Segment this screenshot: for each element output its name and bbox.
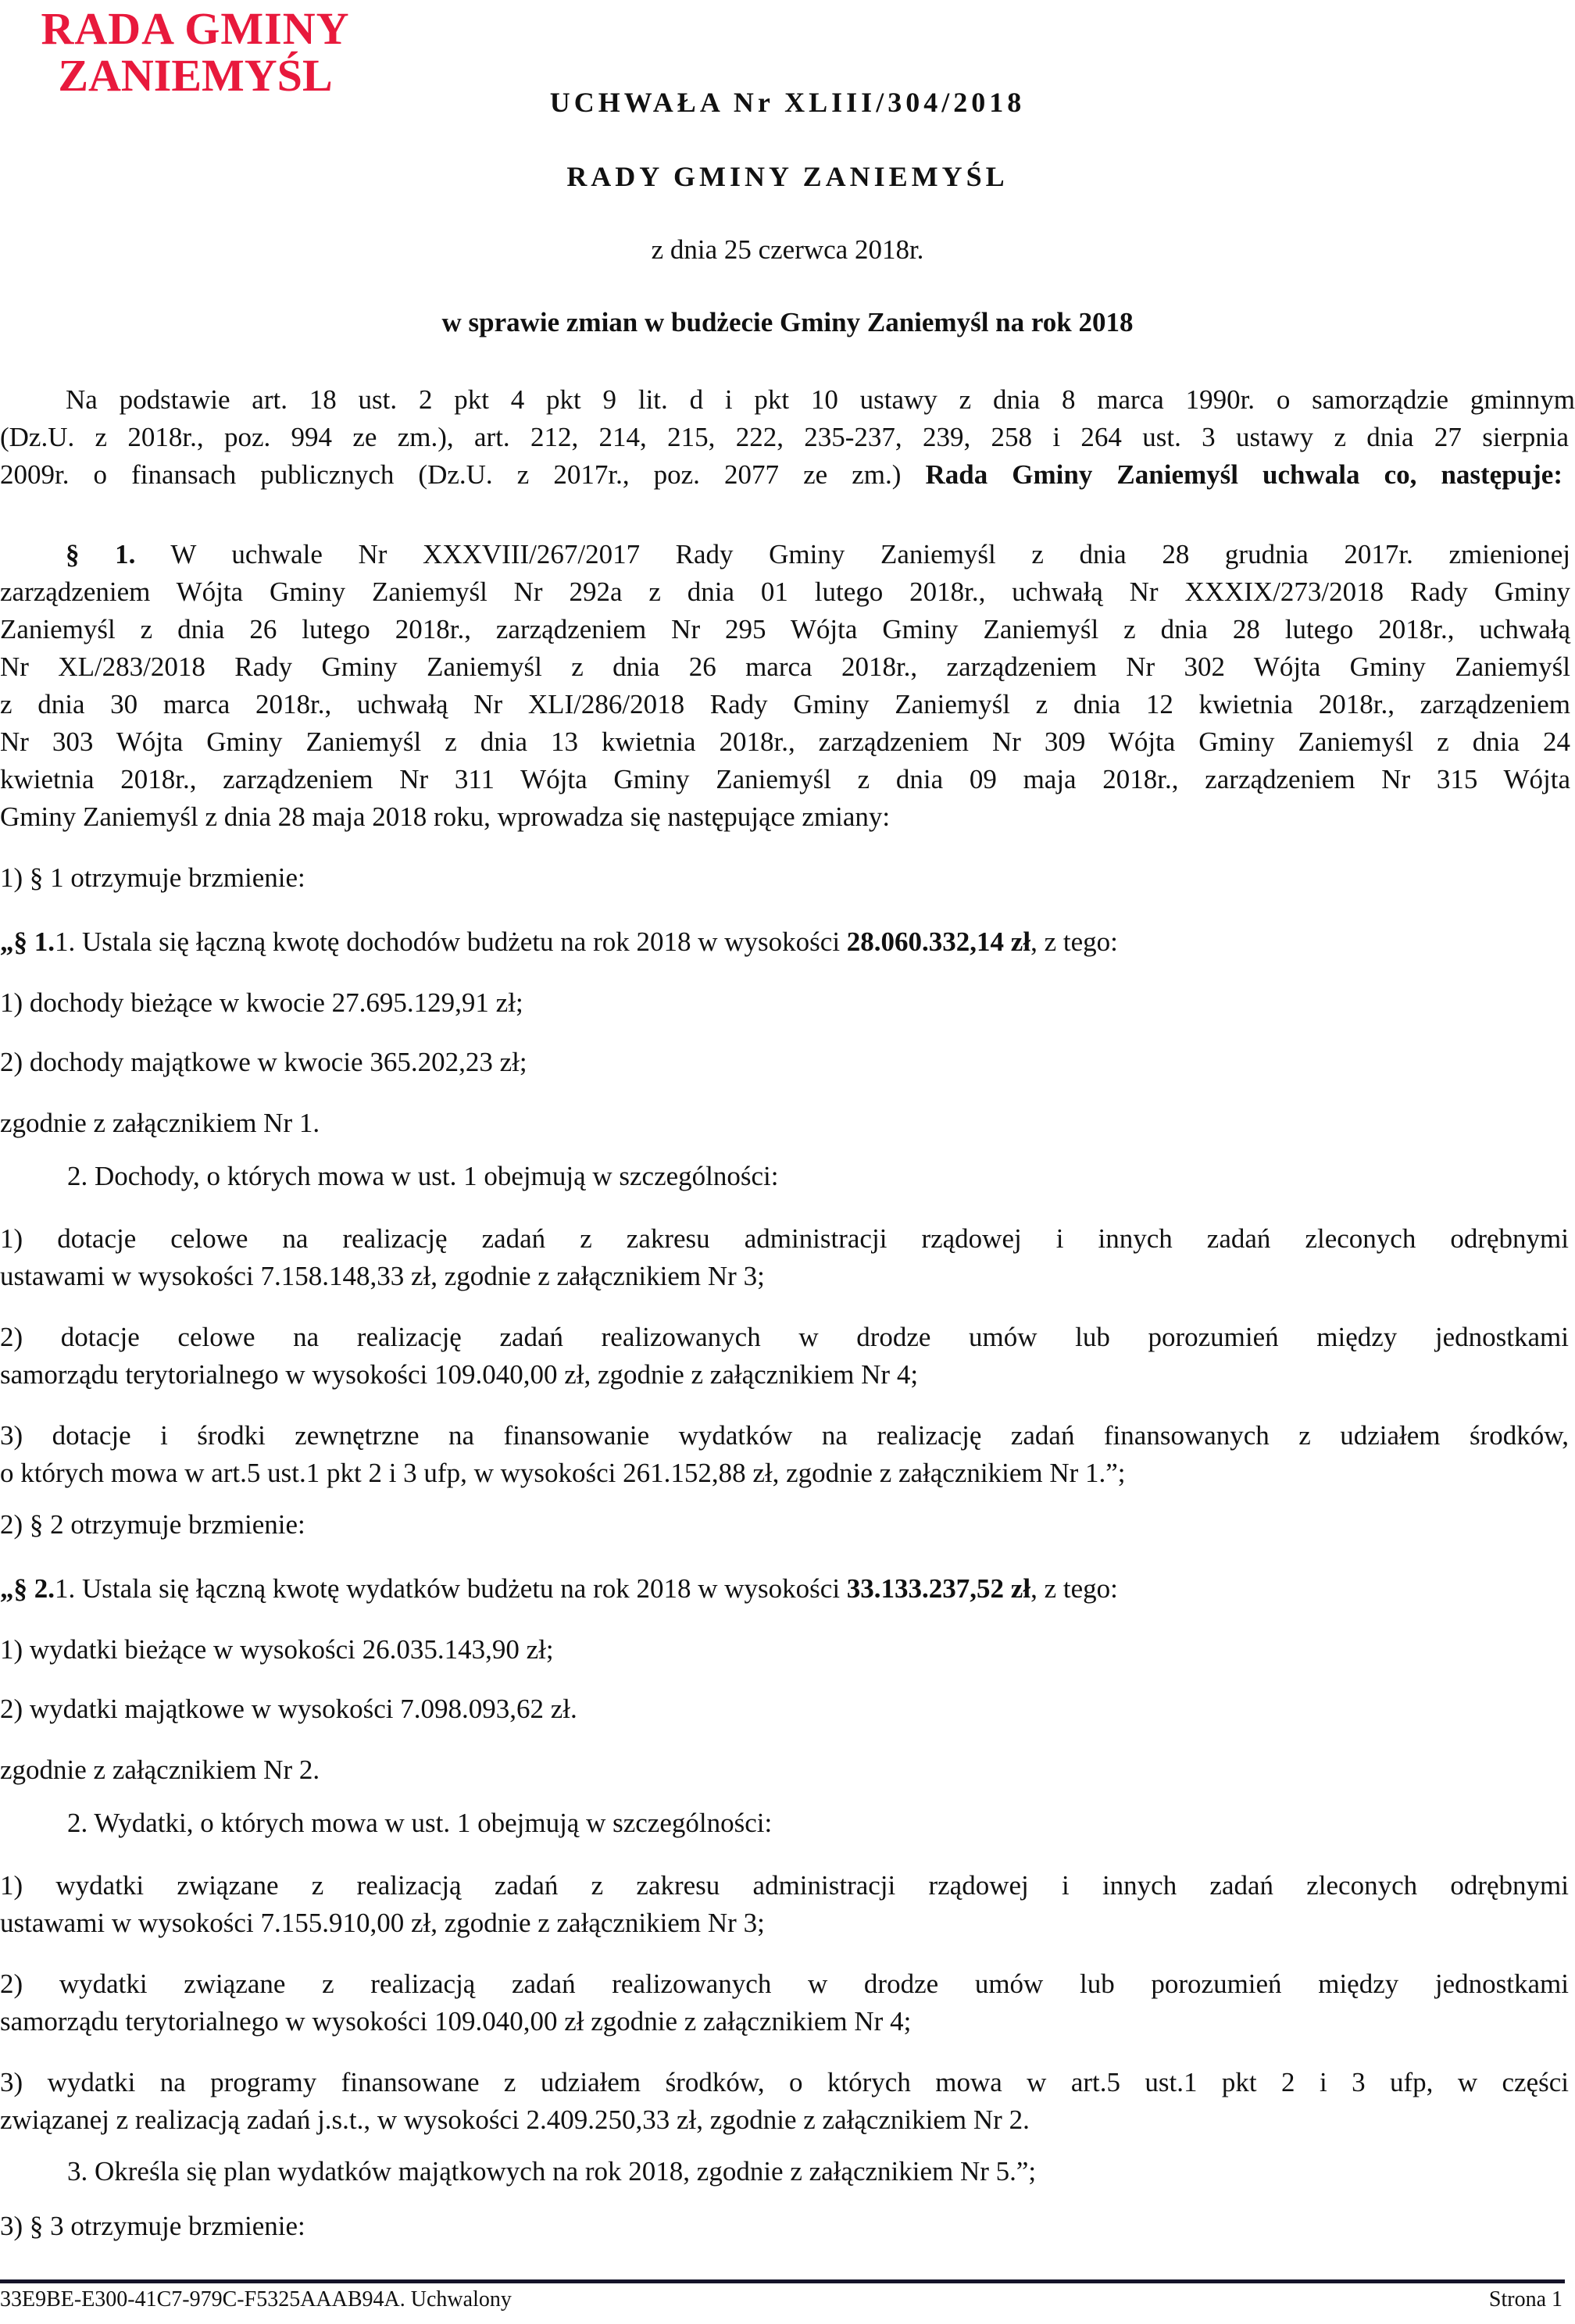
revenue-point-2: 2. Dochody, o których mowa w ust. 1 obej… (67, 1161, 778, 1192)
revenue-grant-1-line-2: ustawami w wysokości 7.158.148,33 zł, zg… (0, 1261, 765, 1292)
expenditure-point-2: 2. Wydatki, o których mowa w ust. 1 obej… (67, 1808, 772, 1839)
council-name: RADY GMINY ZANIEMYŚL (0, 160, 1575, 193)
revenue-annex-ref: zgodnie z załącznikiem Nr 1. (0, 1108, 320, 1139)
expenditure-1-line-1: 1) wydatki związane z realizacją zadań z… (0, 1870, 1569, 1901)
resolution-subject: w sprawie zmian w budżecie Gminy Zaniemy… (0, 307, 1575, 338)
total-expenditure-amount: 33.133.237,52 zł (847, 1573, 1030, 1604)
expenditure-item-capital: 2) wydatki majątkowe w wysokości 7.098.0… (0, 1694, 577, 1725)
page-number: Strona 1 (1489, 2287, 1562, 2312)
expenditure-point-3: 3. Określa się plan wydatków majątkowych… (67, 2156, 1036, 2187)
change1-section-label: „§ 1. (0, 926, 55, 957)
change2-section-1: „§ 2.1. Ustala się łączną kwotę wydatków… (0, 1573, 1118, 1605)
change3-intro: 3) § 3 otrzymuje brzmienie: (0, 2211, 305, 2242)
change1-section-text: 1. Ustala się łączną kwotę dochodów budż… (55, 926, 847, 957)
change1-section-1: „§ 1.1. Ustala się łączną kwotę dochodów… (0, 926, 1118, 958)
expenditure-3-line-1: 3) wydatki na programy finansowane z udz… (0, 2067, 1569, 2098)
par1-line-1: § 1. W uchwale Nr XXXVIII/267/2017 Rady … (0, 539, 1570, 570)
preamble-line-2: (Dz.U. z 2018r., poz. 994 ze zm.), art. … (0, 422, 1569, 453)
revenue-grant-1-line-1: 1) dotacje celowe na realizację zadań z … (0, 1223, 1569, 1255)
change1-intro: 1) § 1 otrzymuje brzmienie: (0, 862, 305, 894)
document-id: 33E9BE-E300-41C7-979C-F5325AAAB94A. Uchw… (0, 2287, 512, 2312)
revenue-grant-3-line-2: o których mowa w art.5 ust.1 pkt 2 i 3 u… (0, 1458, 1126, 1489)
total-revenue-amount: 28.060.332,14 zł (847, 926, 1030, 957)
expenditure-2-line-1: 2) wydatki związane z realizacją zadań r… (0, 1969, 1569, 2000)
preamble-line-3: 2009r. o finansach publicznych (Dz.U. z … (0, 459, 1562, 491)
revenue-item-current: 1) dochody bieżące w kwocie 27.695.129,9… (0, 987, 523, 1019)
revenue-item-capital: 2) dochody majątkowe w kwocie 365.202,23… (0, 1047, 527, 1078)
revenue-grant-2-line-2: samorządu terytorialnego w wysokości 109… (0, 1359, 918, 1390)
par1-label: § 1. (66, 539, 135, 569)
par1-line-7: kwietnia 2018r., zarządzeniem Nr 311 Wój… (0, 764, 1570, 795)
preamble-enacting-clause: Rada Gminy Zaniemyśl uchwala co, następu… (925, 459, 1562, 490)
preamble-line-3-text: 2009r. o finansach publicznych (Dz.U. z … (0, 459, 925, 490)
par1-line-8: Gminy Zaniemyśl z dnia 28 maja 2018 roku… (0, 801, 890, 833)
revenue-grant-2-line-1: 2) dotacje celowe na realizację zadań re… (0, 1322, 1569, 1353)
change2-section-label: „§ 2. (0, 1573, 55, 1604)
expenditure-2-line-2: samorządu terytorialnego w wysokości 109… (0, 2006, 911, 2037)
expenditure-annex-ref: zgodnie z załącznikiem Nr 2. (0, 1755, 320, 1786)
par1-line-4: Nr XL/283/2018 Rady Gminy Zaniemyśl z dn… (0, 652, 1570, 683)
council-stamp: RADA GMINY ZANIEMYŚL (31, 6, 359, 98)
par1-line-2: zarządzeniem Wójta Gminy Zaniemyśl Nr 29… (0, 577, 1570, 608)
change2-intro: 2) § 2 otrzymuje brzmienie: (0, 1509, 305, 1540)
expenditure-item-current: 1) wydatki bieżące w wysokości 26.035.14… (0, 1634, 554, 1665)
resolution-title: UCHWAŁA Nr XLIII/304/2018 (0, 86, 1575, 119)
expenditure-3-line-2: związanej z realizacją zadań j.s.t., w w… (0, 2104, 1030, 2136)
par1-line-3: Zaniemyśl z dnia 26 lutego 2018r., zarzą… (0, 614, 1570, 645)
change2-section-tail: , z tego: (1030, 1573, 1118, 1604)
stamp-line-1: RADA GMINY (31, 6, 359, 52)
change1-section-tail: , z tego: (1030, 926, 1118, 957)
preamble-line-1: Na podstawie art. 18 ust. 2 pkt 4 pkt 9 … (0, 384, 1575, 416)
revenue-grant-3-line-1: 3) dotacje i środki zewnętrzne na finans… (0, 1420, 1569, 1451)
footer-divider (0, 2279, 1565, 2283)
par1-line-6: Nr 303 Wójta Gminy Zaniemyśl z dnia 13 k… (0, 726, 1570, 758)
resolution-date: z dnia 25 czerwca 2018r. (0, 234, 1575, 266)
par1-line-1-text: W uchwale Nr XXXVIII/267/2017 Rady Gminy… (135, 539, 1570, 569)
par1-line-5: z dnia 30 marca 2018r., uchwałą Nr XLI/2… (0, 689, 1570, 720)
expenditure-1-line-2: ustawami w wysokości 7.155.910,00 zł, zg… (0, 1908, 765, 1939)
change2-section-text: 1. Ustala się łączną kwotę wydatków budż… (55, 1573, 847, 1604)
